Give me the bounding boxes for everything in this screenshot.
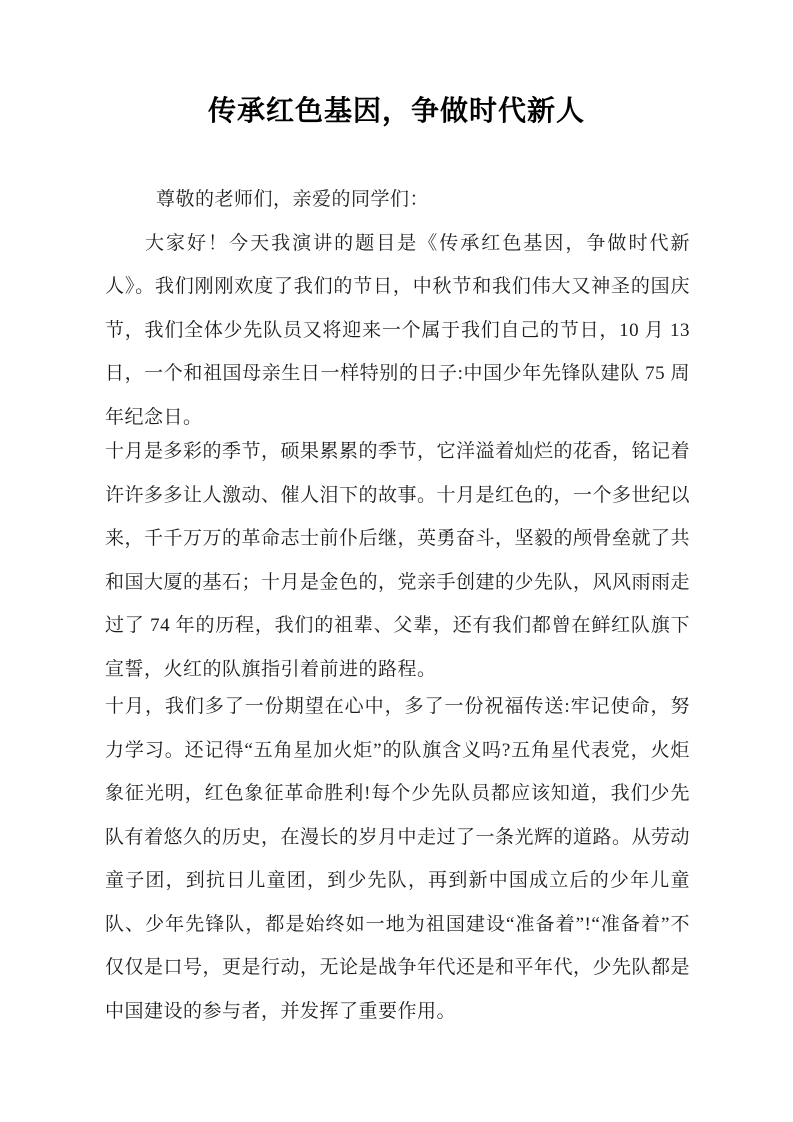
document-body: 尊敬的老师们，亲爱的同学们： 大家好！今天我演讲的题目是《传承红色基因，争做时代… [0,134,793,1033]
document-page: 传承红色基因，争做时代新人 尊敬的老师们，亲爱的同学们： 大家好！今天我演讲的题… [0,0,793,1122]
paragraph-opening: 大家好！今天我演讲的题目是《传承红色基因，争做时代新人》。我们刚刚欢度了我们的节… [105,222,690,440]
paragraph-mission: 十月，我们多了一份期望在心中，多了一份祝福传送:牢记使命，努力学习。还记得“五角… [105,685,690,1033]
document-title: 传承红色基因，争做时代新人 [0,0,793,134]
paragraph-october-history: 十月是多彩的季节，硕果累累的季节，它洋溢着灿烂的花香，铭记着许许多多让人激动、催… [105,430,690,691]
paragraph-greeting: 尊敬的老师们，亲爱的同学们： [105,178,690,222]
